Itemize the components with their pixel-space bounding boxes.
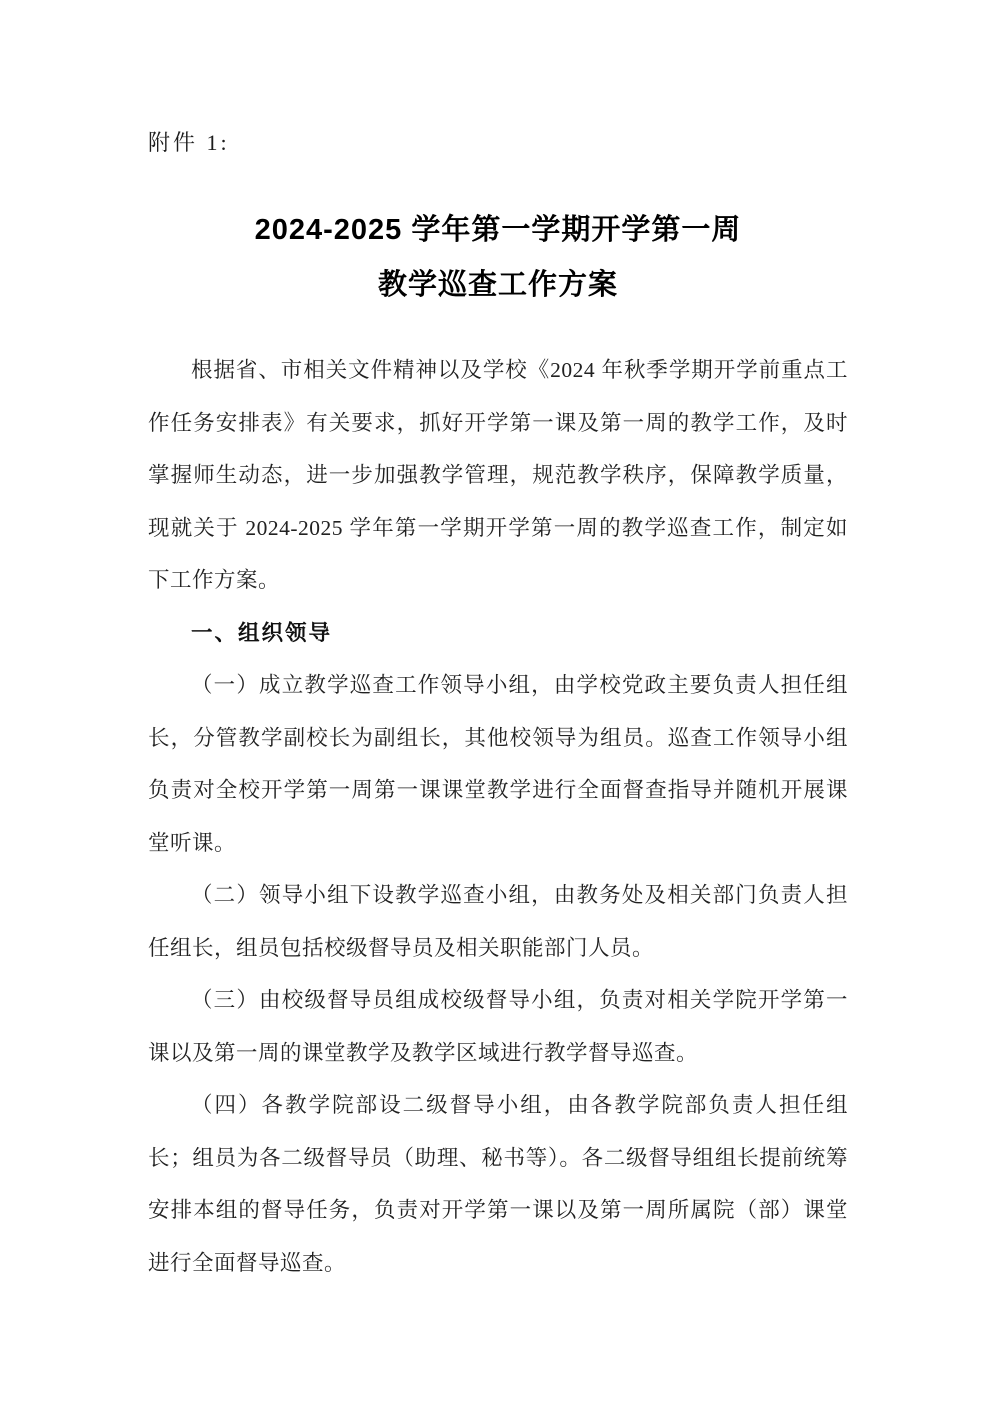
section-item-1: （一）成立教学巡查工作领导小组，由学校党政主要负责人担任组长，分管教学副校长为副… — [148, 659, 848, 869]
section-item-3: （三）由校级督导员组成校级督导小组，负责对相关学院开学第一课以及第一周的课堂教学… — [148, 974, 848, 1079]
section-item-2: （二）领导小组下设教学巡查小组，由教务处及相关部门负责人担任组长，组员包括校级督… — [148, 869, 848, 974]
section-item-4: （四）各教学院部设二级督导小组，由各教学院部负责人担任组长；组员为各二级督导员（… — [148, 1079, 848, 1289]
intro-paragraph: 根据省、市相关文件精神以及学校《2024 年秋季学期开学前重点工作任务安排表》有… — [148, 344, 848, 607]
attachment-label: 附件 1: — [148, 128, 848, 158]
document-title-line-2: 教学巡查工作方案 — [148, 258, 848, 313]
document-body: 根据省、市相关文件精神以及学校《2024 年秋季学期开学前重点工作任务安排表》有… — [148, 344, 848, 1289]
document-title: 2024-2025 学年第一学期开学第一周 教学巡查工作方案 — [148, 203, 848, 313]
document-page: 附件 1: 2024-2025 学年第一学期开学第一周 教学巡查工作方案 根据省… — [0, 0, 992, 1403]
document-title-line-1: 2024-2025 学年第一学期开学第一周 — [148, 203, 848, 258]
section-heading-organization-leadership: 一、组织领导 — [148, 607, 848, 660]
